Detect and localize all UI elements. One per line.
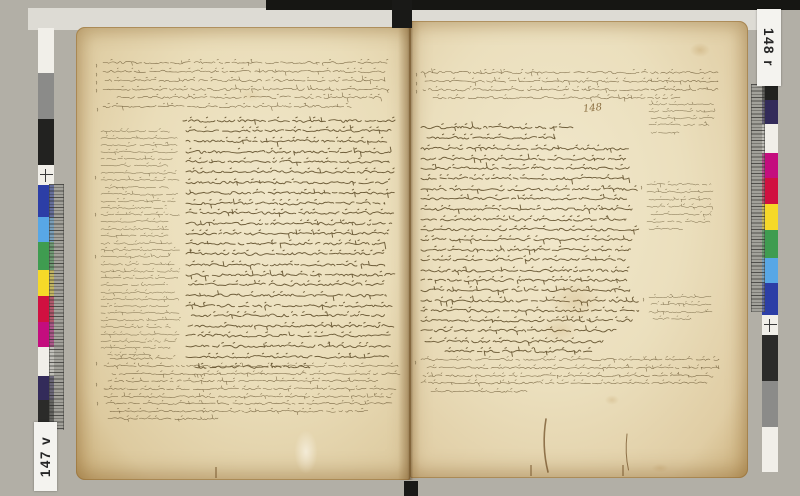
- binding-tab-top: [392, 0, 412, 28]
- binding-tab-bottom: [404, 481, 418, 496]
- color-patch-black: [38, 119, 54, 165]
- color-patch-gray: [762, 381, 778, 427]
- color-patch-black: [762, 335, 778, 381]
- color-patch-registration-cross: [38, 165, 54, 185]
- color-patch-white: [762, 427, 778, 472]
- folio-label-left: 147 v: [34, 422, 57, 491]
- folio-label-left-text: 147 v: [38, 436, 53, 477]
- folio-label-right-text: 148 r: [762, 28, 777, 67]
- ruler-overlay-right: [751, 84, 765, 312]
- color-patch-white: [38, 28, 54, 73]
- folio-label-right: 148 r: [757, 9, 781, 86]
- color-patch-gray: [38, 73, 54, 119]
- ruler-overlay-left: [49, 184, 64, 430]
- manuscript-photograph: 147 v 148 r 148: [0, 0, 800, 496]
- color-patch-registration-cross: [762, 315, 778, 335]
- color-calibration-bars: [0, 0, 800, 496]
